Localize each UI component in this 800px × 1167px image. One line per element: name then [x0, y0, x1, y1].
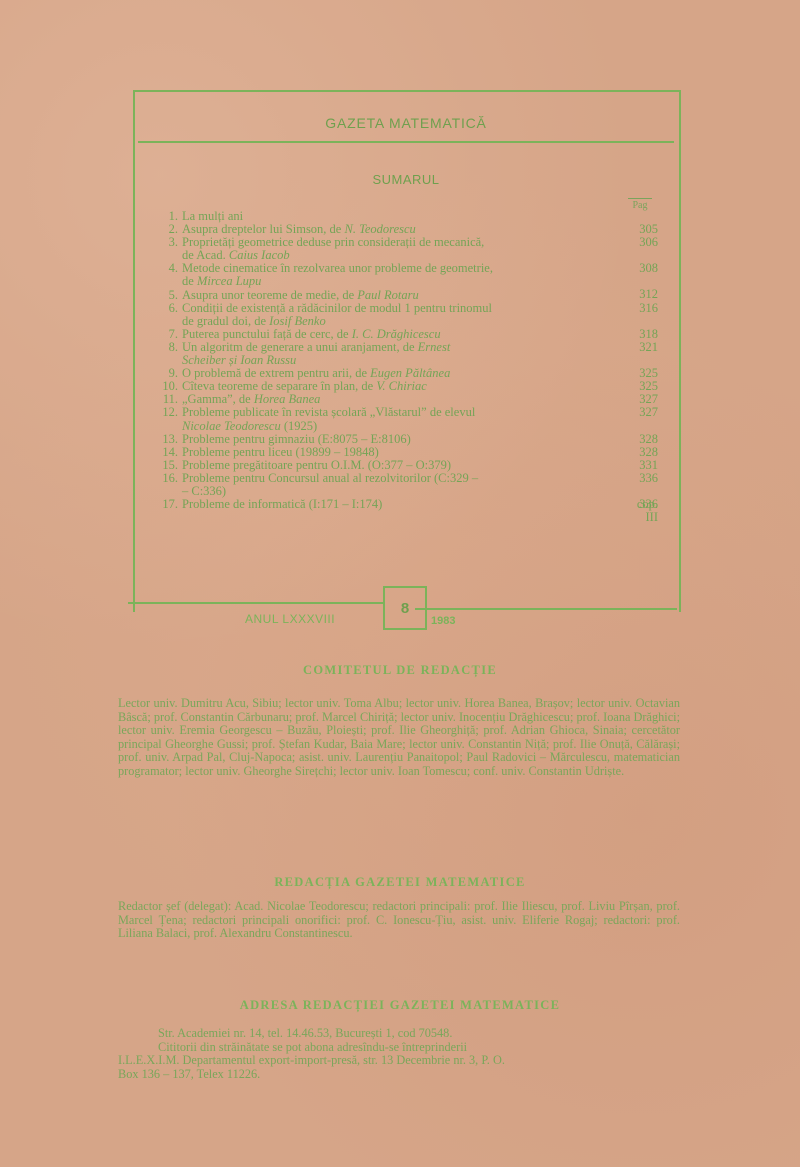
address-line-1: Str. Academiei nr. 14, tel. 14.46.53, Bu… — [118, 1027, 680, 1041]
toc-item-16[interactable]: 16.Probleme pentru Concursul anual al re… — [158, 472, 658, 498]
address-heading: ADRESA REDACȚIEI GAZETEI MATEMATICE — [100, 998, 700, 1013]
address-line-3: I.L.E.X.I.M. Departamentul export-import… — [118, 1054, 680, 1068]
toc-item-17[interactable]: 17.Probleme de informatică (I:171 – I:17… — [158, 498, 658, 511]
address-line-4: Box 136 – 137, Telex 11226. — [118, 1068, 680, 1082]
toc-item-8[interactable]: 8.Un algoritm de generare a unui aranjam… — [158, 341, 658, 367]
toc-item-12[interactable]: 12.Probleme publicate în revista școlară… — [158, 406, 658, 432]
table-of-contents: 1.La mulți ani 305 2.Asupra dreptelor lu… — [158, 210, 658, 511]
magazine-title: GAZETA MATEMATICĂ — [133, 115, 679, 131]
title-divider — [138, 141, 674, 143]
issue-year: 1983 — [431, 615, 455, 627]
contents-heading: SUMARUL — [133, 172, 679, 187]
editorial-heading: REDACȚIA GAZETEI MATEMATICE — [100, 875, 700, 890]
toc-item-6[interactable]: 6.Condiții de existență a rădăcinilor de… — [158, 302, 658, 328]
issue-number-box: 8 — [383, 586, 427, 630]
editorial-text: Redactor șef (delegat): Acad. Nicolae Te… — [118, 900, 680, 941]
volume-label: ANUL LXXXVIII — [245, 612, 335, 626]
address-line-2: Cititorii din străinătate se pot abona a… — [118, 1041, 680, 1055]
frame-bottom-rule-right — [415, 608, 677, 610]
frame-bottom-rule-left — [128, 602, 383, 604]
address-block: Str. Academiei nr. 14, tel. 14.46.53, Bu… — [118, 1027, 680, 1081]
committee-heading: COMITETUL DE REDACȚIE — [100, 663, 700, 678]
magazine-back-cover: GAZETA MATEMATICĂ SUMARUL Pag 1.La mulți… — [0, 0, 800, 1167]
toc-item-3[interactable]: 3.Proprietăți geometrice deduse prin con… — [158, 236, 658, 262]
toc-item-4[interactable]: 4.Metode cinematice în rezolvarea unor p… — [158, 262, 658, 288]
toc-page-number: cop. III — [628, 498, 658, 524]
committee-text: Lector univ. Dumitru Acu, Sibiu; lector … — [118, 697, 680, 778]
